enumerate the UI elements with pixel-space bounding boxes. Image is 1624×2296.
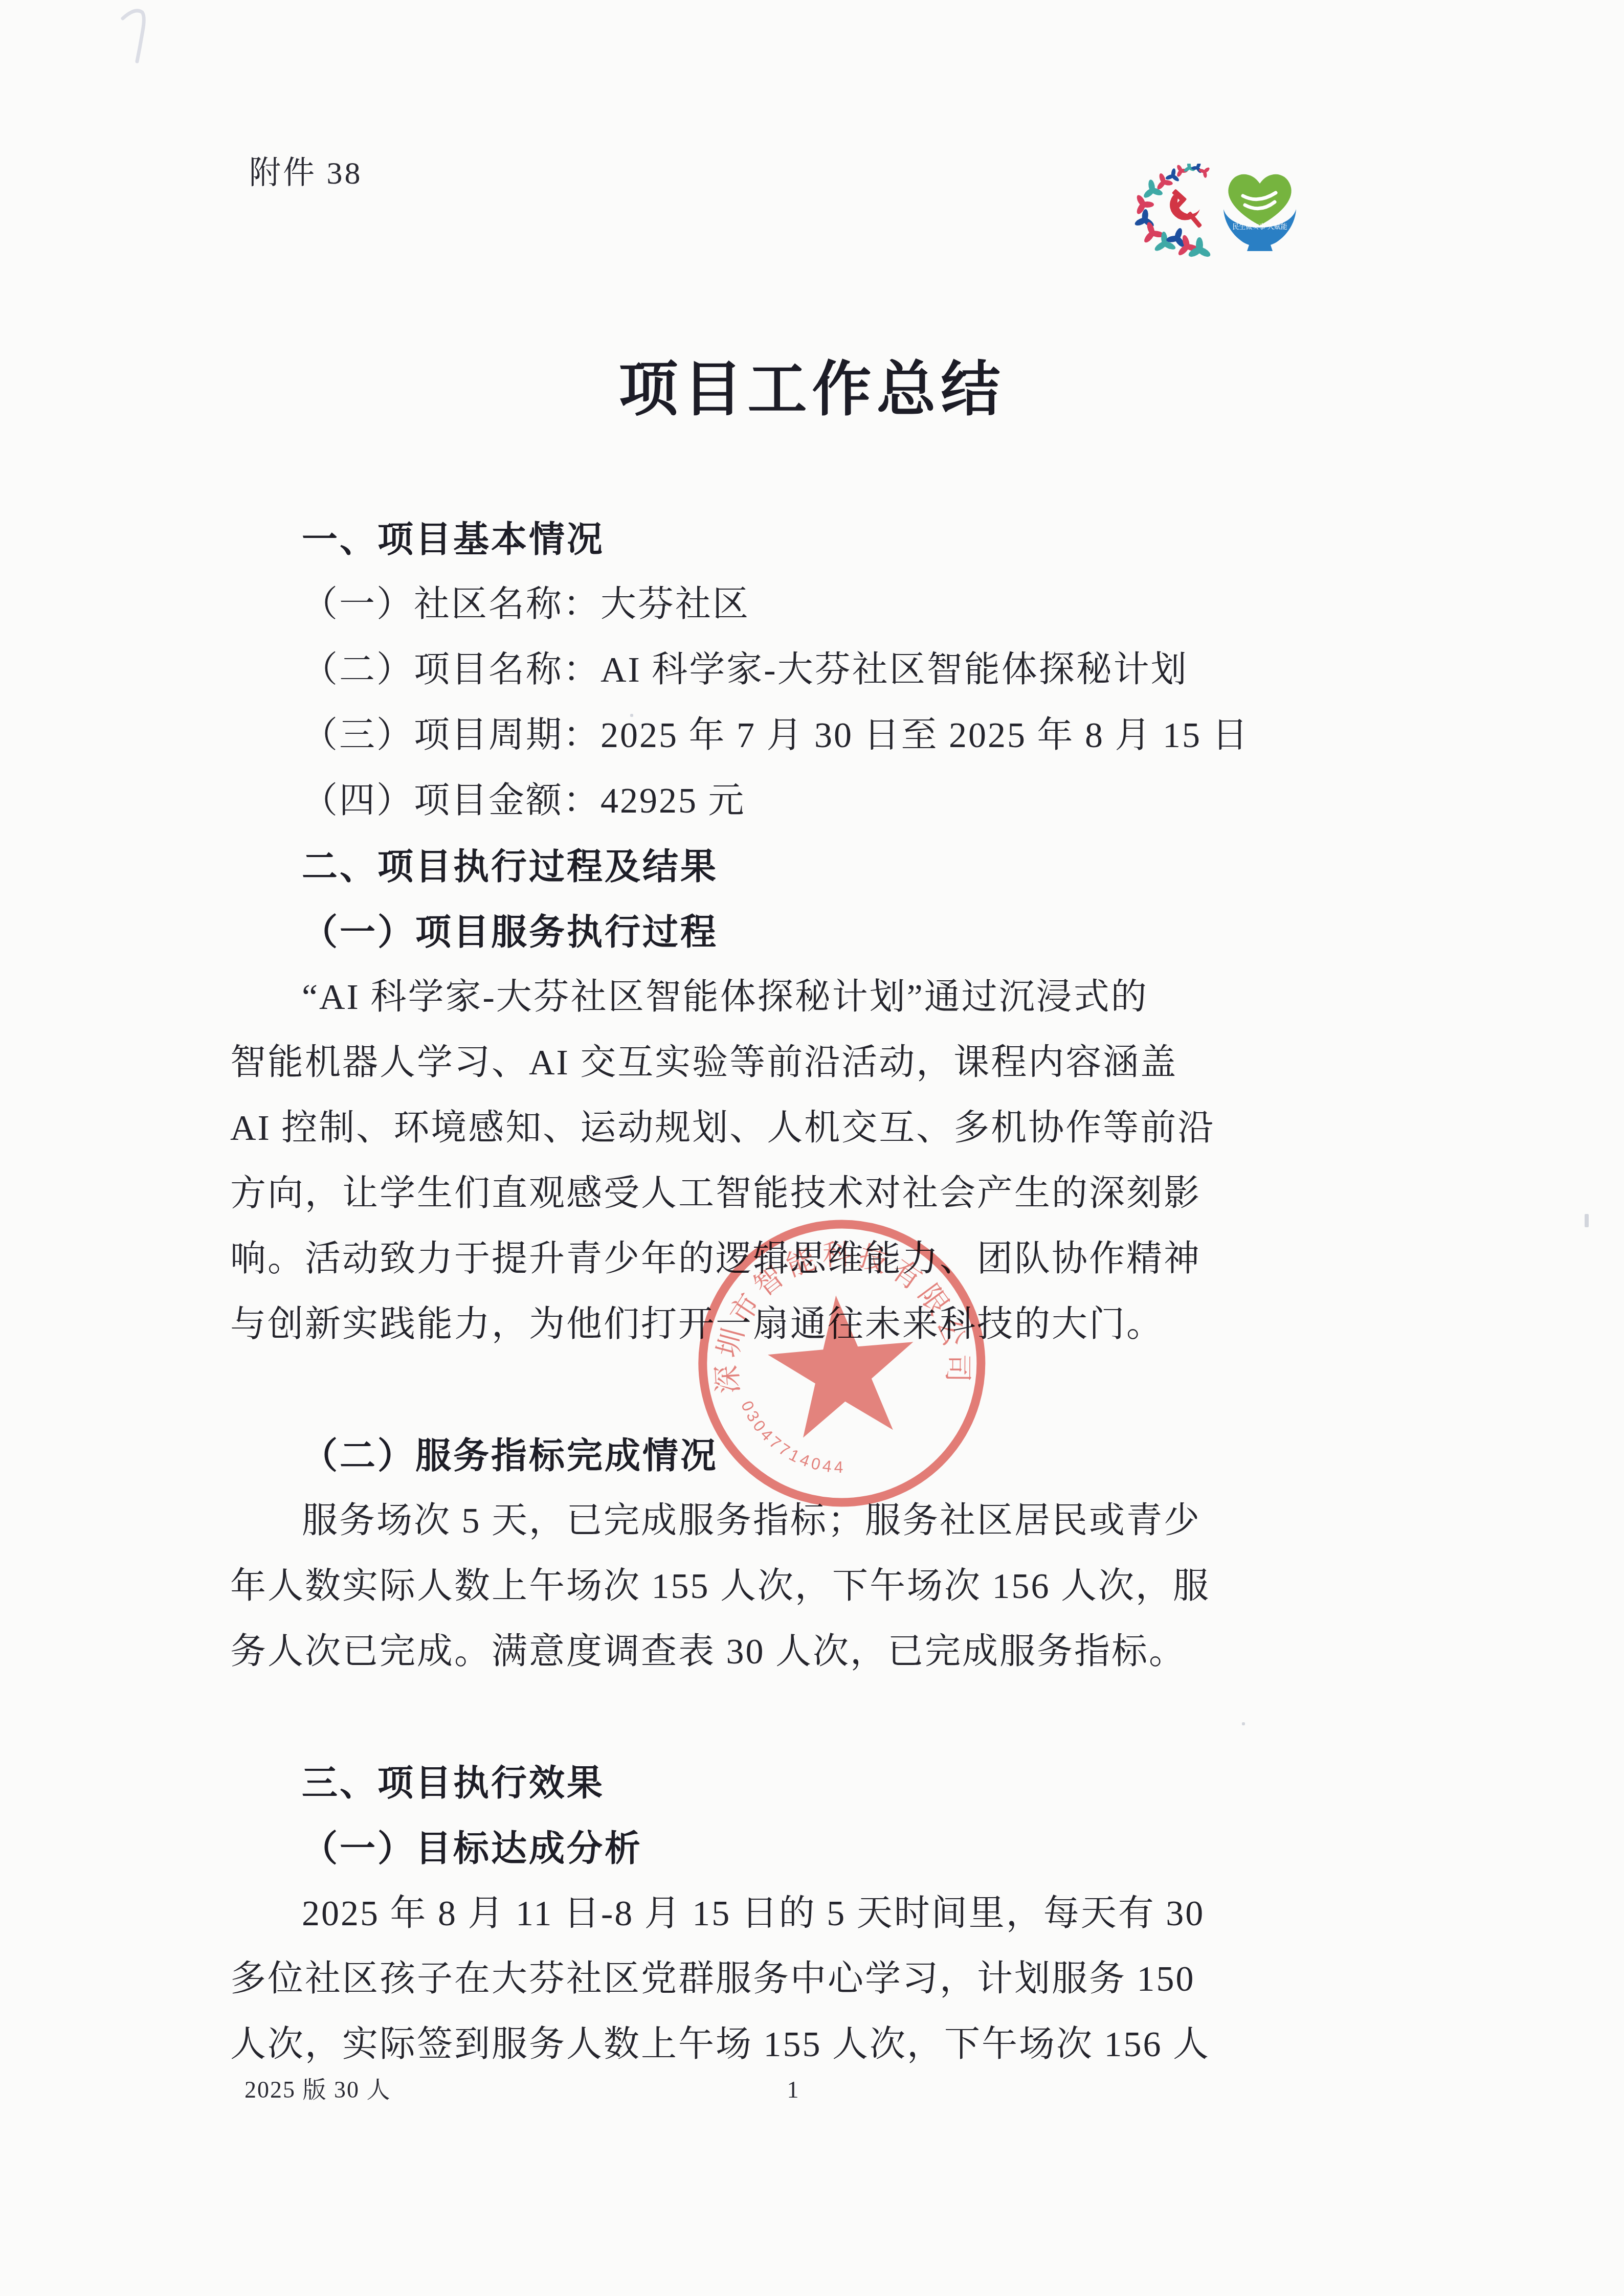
analysis-paragraph-line: 2025 年 8 月 11 日-8 月 15 日的 5 天时间里，每天有 30: [230, 1881, 1473, 1947]
subsection-2-1-heading: （一）项目服务执行过程: [230, 899, 1473, 965]
indicator-paragraph-line: 务人次已完成。满意度调查表 30 人次，已完成服务指标。: [230, 1619, 1401, 1685]
indicator-paragraph-line: 年人数实际人数上午场次 155 人次，下午场次 156 人次，服: [230, 1554, 1401, 1619]
execution-paragraph-line: AI 控制、环境感知、运动规划、人机交互、多机协作等前沿: [230, 1096, 1401, 1161]
execution-paragraph-line: 方向，让学生们直观感受人工智能技术对社会产生的深刻影: [230, 1161, 1401, 1227]
section-2-heading: 二、项目执行过程及结果: [230, 834, 1473, 899]
section-3-heading: 三、项目执行效果: [230, 1750, 1473, 1816]
party-emblem-heart-logo: [1132, 164, 1214, 258]
indicator-paragraph-line: 服务场次 5 天，已完成服务指标；服务社区居民或青少: [230, 1489, 1473, 1554]
analysis-paragraph-line: 人次，实际签到服务人数上午场 155 人次，下午场次 156 人: [230, 2012, 1401, 2078]
subsection-2-2-heading: （二）服务指标完成情况: [230, 1423, 1473, 1489]
analysis-paragraph-line: 多位社区孩子在大芬社区党群服务中心学习，计划服务 150: [230, 1947, 1401, 2012]
scan-speck: [1585, 1214, 1589, 1227]
project-period-line: （三）项目周期：2025 年 7 月 30 日至 2025 年 8 月 15 日: [230, 703, 1473, 769]
community-name-line: （一）社区名称：大芬社区: [230, 572, 1473, 638]
execution-paragraph-line: 智能机器人学习、AI 交互实验等前沿活动，课程内容涵盖: [230, 1030, 1401, 1096]
section-1-heading: 一、项目基本情况: [230, 507, 1473, 572]
pencil-scan-artifact: [114, 4, 160, 71]
document-title: 项目工作总结: [0, 342, 1624, 427]
project-amount-line: （四）项目金额：42925 元: [230, 769, 1473, 834]
minsheng-weishishi-logo: 民生微实事 大赋能: [1213, 166, 1306, 258]
footer-page-number: 1: [757, 2072, 829, 2108]
execution-paragraph-line: “AI 科学家-大芬社区智能体探秘计划”通过沉浸式的: [230, 965, 1473, 1030]
attachment-number-label: 附件 38: [249, 147, 363, 193]
footer-version-label: 2025 版 30 人: [244, 2072, 391, 2108]
scan-speck: [1242, 1722, 1245, 1725]
hammer-sickle-icon: [1166, 189, 1203, 228]
subsection-3-1-heading: （一）目标达成分析: [230, 1816, 1473, 1881]
bowl-slogan-text: 民生微实事 大赋能: [1232, 222, 1287, 230]
project-name-line: （二）项目名称：AI 科学家-大芬社区智能体探秘计划: [230, 638, 1473, 703]
execution-paragraph-line: 与创新实践能力，为他们打开一扇通往未来科技的大门。: [230, 1292, 1401, 1358]
execution-paragraph-line: 响。活动致力于提升青少年的逻辑思维能力、团队协作精神: [230, 1227, 1401, 1292]
